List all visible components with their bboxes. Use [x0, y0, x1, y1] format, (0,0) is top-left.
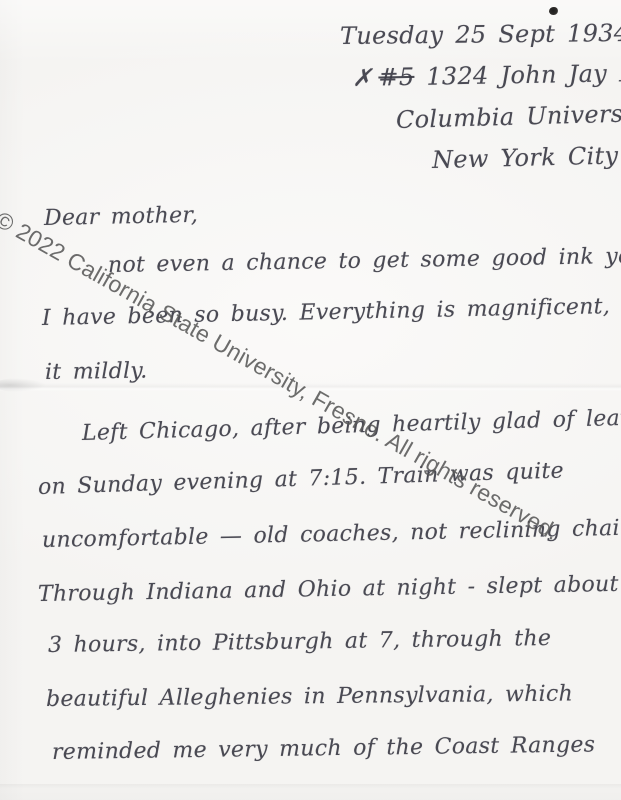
paper-crease-bottom: [0, 784, 621, 800]
scanned-letter-page: © 2022 California State University, Fres…: [0, 0, 621, 800]
body-line: 3 hours, into Pittsburgh at 7, through t…: [48, 626, 552, 658]
body-line: reminded me very much of the Coast Range…: [52, 732, 596, 765]
address-line-city: New York City: [432, 141, 619, 174]
crossout-x-mark: ✗: [352, 64, 373, 92]
salutation: Dear mother,: [44, 203, 199, 231]
address-line-university: Columbia University: [396, 99, 621, 134]
crossed-out-room-number: #5: [378, 63, 414, 92]
ink-blot: [549, 7, 558, 15]
body-line: not even a chance to get some good ink y…: [108, 243, 621, 278]
hall-address-text: 1324 John Jay Hall: [426, 58, 621, 90]
body-line: Through Indiana and Ohio at night - slep…: [38, 572, 619, 607]
letter-date: Tuesday 25 Sept 1934: [340, 19, 621, 50]
address-line-hall: ✗#5 1324 John Jay Hall: [352, 58, 621, 92]
body-line: beautiful Alleghenies in Pennsylvania, w…: [46, 681, 573, 712]
body-line: it mildly.: [45, 359, 148, 385]
